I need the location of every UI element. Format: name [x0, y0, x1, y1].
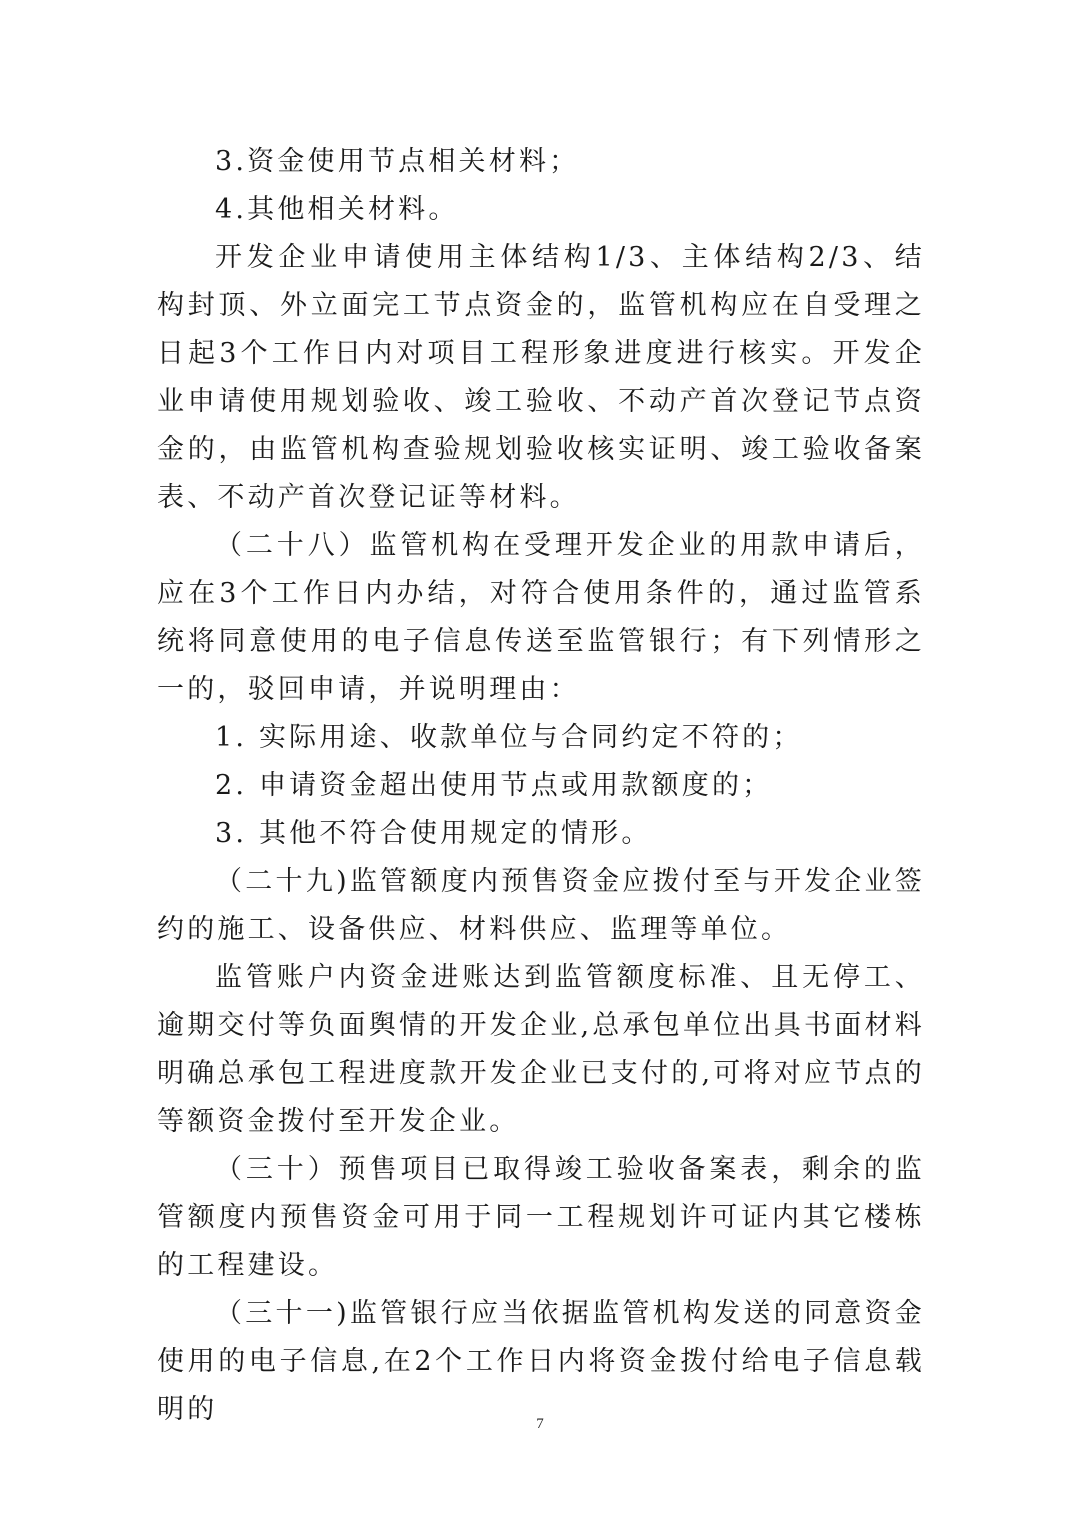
list-item-materials-3: 3.资金使用节点相关材料； [157, 138, 925, 186]
paragraph-node-funds: 开发企业申请使用主体结构1/3、主体结构2/3、结构封顶、外立面完工节点资金的，… [157, 234, 925, 522]
list-item-reject-1: 1. 实际用途、收款单位与合同约定不符的； [157, 714, 925, 762]
paragraph-article-29: （二十九)监管额度内预售资金应拨付至与开发企业签约的施工、设备供应、材料供应、监… [157, 858, 925, 954]
page-number: 7 [0, 1416, 1080, 1433]
list-item-materials-4: 4.其他相关材料。 [157, 186, 925, 234]
document-body: 3.资金使用节点相关材料； 4.其他相关材料。 开发企业申请使用主体结构1/3、… [157, 138, 925, 1434]
paragraph-article-28: （二十八）监管机构在受理开发企业的用款申请后，应在3个工作日内办结，对符合使用条… [157, 522, 925, 714]
list-item-reject-2: 2. 申请资金超出使用节点或用款额度的； [157, 762, 925, 810]
paragraph-article-31: （三十一)监管银行应当依据监管机构发送的同意资金使用的电子信息,在2个工作日内将… [157, 1290, 925, 1434]
list-item-reject-3: 3. 其他不符合使用规定的情形。 [157, 810, 925, 858]
paragraph-article-30: （三十）预售项目已取得竣工验收备案表，剩余的监管额度内预售资金可用于同一工程规划… [157, 1146, 925, 1290]
paragraph-account-funds: 监管账户内资金进账达到监管额度标准、且无停工、逾期交付等负面舆情的开发企业,总承… [157, 954, 925, 1146]
